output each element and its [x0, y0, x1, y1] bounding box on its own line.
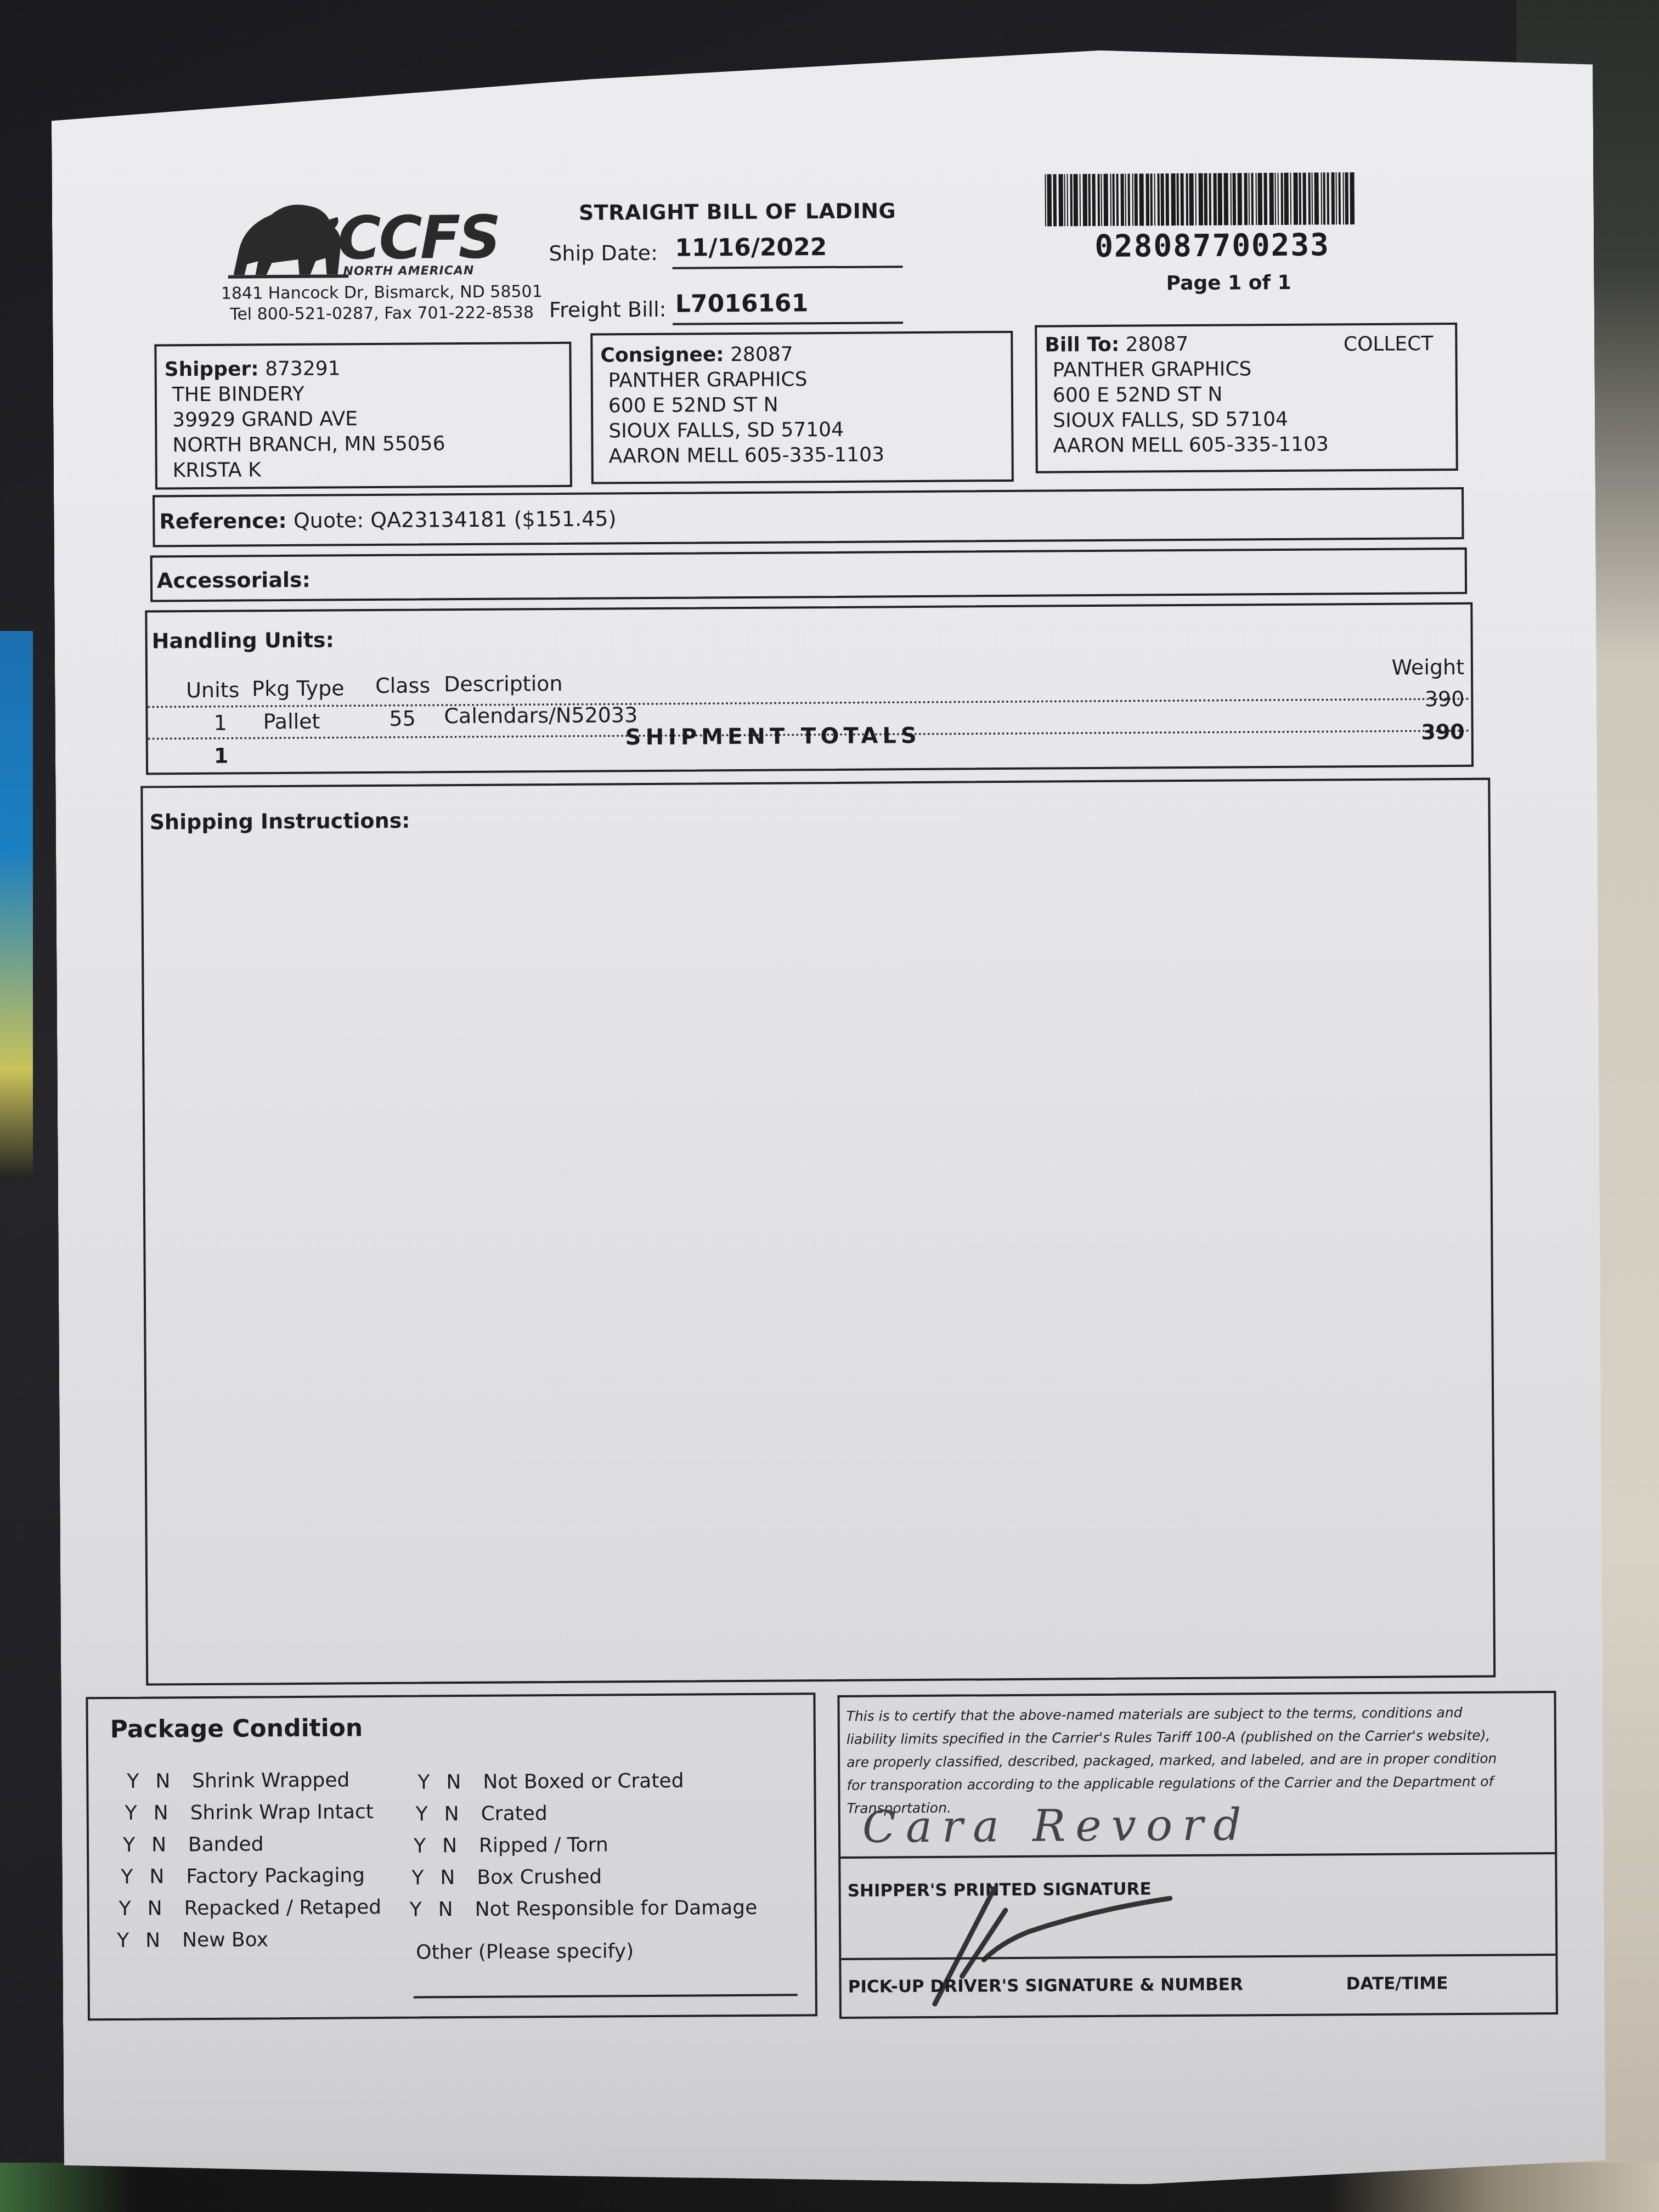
condition-item: YNRipped / Torn: [414, 1833, 608, 1857]
shipping-instructions-label: Shipping Instructions:: [150, 809, 410, 834]
barcode-bar: [1290, 173, 1291, 225]
condition-label: Repacked / Retaped: [184, 1896, 382, 1920]
barcode-bar: [1150, 173, 1153, 225]
yes-option[interactable]: Y: [416, 1803, 428, 1825]
background-object: [0, 631, 33, 1180]
yes-option[interactable]: Y: [417, 1771, 430, 1793]
ship-date-label: Ship Date:: [549, 241, 658, 266]
col-pkg-type: Pkg Type: [252, 676, 345, 701]
no-option[interactable]: N: [149, 1865, 164, 1888]
barcode-bar: [1331, 172, 1335, 224]
condition-item: YNShrink Wrap Intact: [125, 1801, 374, 1825]
barcode-bar: [1237, 173, 1242, 225]
barcode-number: 028087700233: [1094, 227, 1330, 264]
barcode-bar: [1112, 174, 1115, 226]
barcode-bar: [1230, 173, 1232, 225]
package-condition-left-list: YNShrink WrappedYNShrink Wrap IntactYNBa…: [88, 1695, 813, 1699]
condition-item: YNCrated: [416, 1802, 548, 1825]
barcode-bar: [1070, 174, 1073, 226]
bison-icon: [228, 198, 349, 280]
barcode-bar: [1255, 173, 1257, 225]
yes-option[interactable]: Y: [411, 1867, 424, 1889]
col-units: Units: [186, 678, 239, 703]
shipper-handwritten-name: Cara Revord: [862, 1799, 1251, 1852]
certification-box: This is to certify that the above-named …: [837, 1691, 1558, 2019]
barcode-bar: [1160, 173, 1164, 225]
barcode-bar: [1186, 173, 1188, 225]
condition-label: Not Boxed or Crated: [483, 1770, 684, 1793]
shipper-id: 873291: [265, 357, 341, 380]
no-option[interactable]: N: [151, 1833, 166, 1856]
condition-item: YNNew Box: [117, 1928, 268, 1952]
barcode-bar: [1073, 174, 1078, 226]
barcode-bar: [1066, 174, 1068, 226]
bill-to-line: AARON MELL 605-335-1103: [1045, 431, 1448, 459]
shipper-label: Shipper:: [165, 358, 259, 381]
barcode-bar: [1223, 173, 1228, 225]
barcode-bar: [1302, 173, 1306, 225]
accessorials-label: Accessorials:: [157, 568, 311, 593]
no-option[interactable]: N: [442, 1835, 457, 1857]
logo-subtext: NORTH AMERICAN: [343, 264, 474, 278]
barcode-bar: [1198, 173, 1203, 225]
condition-label: Shrink Wrap Intact: [190, 1801, 374, 1824]
freight-bill-label: Freight Bill:: [549, 297, 667, 322]
barcode-bar: [1293, 173, 1298, 225]
barcode-bar: [1209, 173, 1211, 225]
barcode-bar: [1257, 173, 1262, 225]
consignee-label: Consignee:: [600, 343, 724, 366]
barcode-bar: [1280, 173, 1283, 225]
condition-label: Ripped / Torn: [479, 1833, 608, 1857]
consignee-box: Consignee: 28087 PANTHER GRAPHICS 600 E …: [590, 331, 1014, 484]
condition-item: YNNot Boxed or Crated: [417, 1770, 684, 1794]
barcode-bar: [1120, 174, 1124, 226]
yes-option[interactable]: Y: [127, 1770, 139, 1793]
barcode-bar: [1157, 173, 1160, 225]
condition-item: YNNot Responsible for Damage: [410, 1897, 758, 1921]
barcode-bar: [1263, 173, 1267, 225]
barcode-bar: [1097, 174, 1100, 226]
barcode-bar: [1082, 174, 1087, 226]
barcode-bar: [1127, 174, 1130, 226]
shipper-line: 39929 GRAND AVE: [165, 405, 562, 433]
reference-box: Reference: Quote: QA23134181 ($151.45): [153, 487, 1464, 548]
no-option[interactable]: N: [446, 1771, 461, 1793]
barcode-bar: [1189, 173, 1194, 225]
no-option[interactable]: N: [438, 1898, 453, 1921]
condition-label: Crated: [481, 1802, 548, 1825]
freight-bill-value: L7016161: [675, 289, 809, 318]
barcode-bar: [1345, 172, 1348, 224]
condition-item: YNShrink Wrapped: [127, 1769, 349, 1792]
barcode-bar: [1217, 173, 1222, 225]
reference-label: Reference:: [159, 509, 287, 533]
total-units: 1: [214, 744, 229, 768]
barcode: [1045, 172, 1391, 227]
condition-label: Not Responsible for Damage: [475, 1897, 758, 1921]
yes-option[interactable]: Y: [414, 1835, 426, 1858]
barcode-bar: [1176, 173, 1179, 225]
carrier-logo: CCFS NORTH AMERICAN: [228, 196, 557, 292]
bill-to-box: Bill To: 28087 COLLECT PANTHER GRAPHICS …: [1035, 323, 1458, 473]
barcode-bar: [1213, 173, 1217, 225]
handling-units-box: Handling Units: Units Pkg Type Class Des…: [145, 602, 1474, 775]
condition-label: Box Crushed: [477, 1866, 602, 1889]
barcode-bar: [1323, 172, 1325, 224]
barcode-bar: [1311, 173, 1313, 225]
bill-of-lading-paper: CCFS NORTH AMERICAN 1841 Hancock Dr, Bis…: [51, 47, 1606, 2191]
freight-bill-underline: [673, 321, 903, 325]
barcode-bar: [1092, 174, 1096, 226]
barcode-bar: [1110, 174, 1111, 226]
date-time-label: DATE/TIME: [1346, 1973, 1448, 1994]
logo-text: CCFS: [337, 204, 499, 273]
barcode-bar: [1308, 173, 1311, 225]
bill-to-line: 600 E 52ND ST N: [1045, 381, 1448, 408]
barcode-bar: [1274, 173, 1276, 225]
document-title: STRAIGHT BILL OF LADING: [579, 199, 896, 225]
barcode-bar: [1338, 172, 1341, 224]
table-row: 1 Pallet 55 Calendars/N52033 390: [147, 605, 1470, 613]
barcode-bar: [1204, 173, 1207, 225]
no-option[interactable]: N: [145, 1929, 160, 1951]
no-option[interactable]: N: [155, 1770, 170, 1792]
barcode-bar: [1045, 174, 1046, 227]
no-option[interactable]: N: [154, 1802, 168, 1824]
col-weight: Weight: [1391, 655, 1464, 680]
shipping-instructions-box: Shipping Instructions:: [140, 778, 1496, 1686]
yes-option[interactable]: Y: [117, 1929, 129, 1952]
page-indicator: Page 1 of 1: [1166, 272, 1291, 295]
shipper-line: KRISTA K: [165, 456, 562, 483]
barcode-bar: [1342, 172, 1344, 224]
yes-option[interactable]: Y: [121, 1866, 133, 1888]
row-divider: [148, 698, 1470, 708]
consignee-line: SIOUX FALLS, SD 57104: [601, 416, 1003, 444]
no-option[interactable]: N: [444, 1803, 459, 1825]
barcode-bar: [1277, 173, 1279, 225]
condition-item: YNFactory Packaging: [121, 1864, 365, 1888]
col-description: Description: [444, 672, 563, 696]
ship-date-value: 11/16/2022: [675, 233, 827, 262]
package-condition-title: Package Condition: [110, 1714, 363, 1743]
condition-label: New Box: [182, 1928, 268, 1951]
condition-label: Banded: [188, 1833, 264, 1856]
barcode-bar: [1165, 173, 1169, 225]
barcode-bar: [1314, 173, 1319, 225]
no-option[interactable]: N: [440, 1866, 455, 1889]
condition-label: Factory Packaging: [186, 1864, 365, 1888]
barcode-bar: [1116, 174, 1119, 226]
package-condition-right-list: YNNot Boxed or CratedYNCratedYNRipped / …: [88, 1695, 813, 1699]
cell-description: Calendars/N52033: [444, 703, 637, 728]
barcode-bar: [1053, 174, 1057, 226]
other-specify-label: Other (Please specify): [416, 1940, 634, 1963]
col-class: Class: [375, 673, 430, 698]
consignee-id: 28087: [730, 343, 793, 366]
barcode-bar: [1079, 174, 1081, 226]
barcode-bar: [1299, 173, 1301, 225]
barcode-bar: [1064, 174, 1065, 226]
barcode-bar: [1180, 173, 1184, 225]
barcode-bar: [1327, 172, 1329, 224]
barcode-bar: [1284, 173, 1289, 225]
shipper-box: Shipper: 873291 THE BINDERY 39929 GRAND …: [154, 342, 572, 490]
barcode-bar: [1335, 172, 1337, 224]
barcode-bar: [1088, 174, 1091, 226]
yes-option[interactable]: Y: [125, 1802, 137, 1825]
barcode-bar: [1134, 174, 1138, 226]
carrier-address: 1841 Hancock Dr, Bismarck, ND 58501 Tel …: [190, 281, 574, 325]
yes-option[interactable]: Y: [119, 1898, 131, 1920]
driver-signature-label: PICK-UP DRIVER'S SIGNATURE & NUMBER: [848, 1974, 1243, 1996]
condition-item: YNRepacked / Retaped: [119, 1896, 382, 1920]
consignee-line: PANTHER GRAPHICS: [601, 366, 1003, 393]
total-weight: 390: [1421, 720, 1465, 744]
shipment-totals-label: SHIPMENT TOTALS: [625, 723, 921, 750]
barcode-bar: [1132, 174, 1133, 226]
divider: [840, 1852, 1555, 1859]
consignee-line: AARON MELL 605-335-1103: [601, 442, 1003, 469]
bill-to-line: SIOUX FALLS, SD 57104: [1045, 406, 1448, 433]
yes-option[interactable]: Y: [123, 1834, 135, 1857]
barcode-bar: [1350, 172, 1355, 224]
barcode-bar: [1321, 172, 1322, 224]
cell-weight: 390: [1425, 687, 1465, 711]
barcode-bar: [1145, 173, 1149, 225]
no-option[interactable]: N: [148, 1897, 162, 1920]
accessorials-box: Accessorials:: [150, 548, 1467, 602]
package-condition-box: Package Condition YNShrink WrappedYNShri…: [86, 1692, 817, 2021]
barcode-bar: [1195, 173, 1197, 225]
barcode-bar: [1171, 173, 1176, 225]
ship-date-underline: [673, 266, 903, 269]
cell-pkg-type: Pallet: [263, 709, 320, 734]
condition-item: YNBanded: [123, 1833, 264, 1857]
barcode-bar: [1232, 173, 1236, 225]
yes-option[interactable]: Y: [410, 1899, 422, 1921]
condition-item: YNBox Crushed: [411, 1866, 602, 1889]
bill-to-id: 28087: [1126, 333, 1189, 356]
shipper-line: THE BINDERY: [165, 380, 562, 408]
barcode-bar: [1058, 174, 1063, 226]
barcode-bar: [1251, 173, 1254, 225]
consignee-line: 600 E 52ND ST N: [601, 391, 1003, 419]
handling-units-label: Handling Units:: [152, 628, 334, 653]
shipper-line: NORTH BRANCH, MN 55056: [165, 431, 562, 458]
carrier-address-line1: 1841 Hancock Dr, Bismarck, ND 58501: [190, 281, 574, 304]
barcode-bar: [1244, 173, 1248, 225]
barcode-bar: [1269, 173, 1274, 225]
barcode-bar: [1248, 173, 1250, 225]
cell-units: 1: [213, 711, 227, 735]
barcode-bar: [1103, 174, 1108, 226]
barcode-bar: [1154, 173, 1155, 225]
cell-class: 55: [389, 707, 416, 731]
payment-terms: COLLECT: [1344, 331, 1434, 357]
bill-to-line: PANTHER GRAPHICS: [1045, 356, 1448, 383]
other-specify-line[interactable]: [414, 1994, 798, 1998]
condition-label: Shrink Wrapped: [192, 1769, 349, 1792]
barcode-bar: [1047, 174, 1052, 226]
barcode-bar: [1101, 174, 1102, 226]
carrier-address-line2: Tel 800-521-0287, Fax 701-222-8538: [190, 302, 574, 325]
bill-to-label: Bill To:: [1045, 334, 1119, 357]
reference-value: Quote: QA23134181 ($151.45): [294, 506, 617, 533]
barcode-bar: [1139, 173, 1144, 225]
barcode-bar: [1125, 174, 1126, 226]
